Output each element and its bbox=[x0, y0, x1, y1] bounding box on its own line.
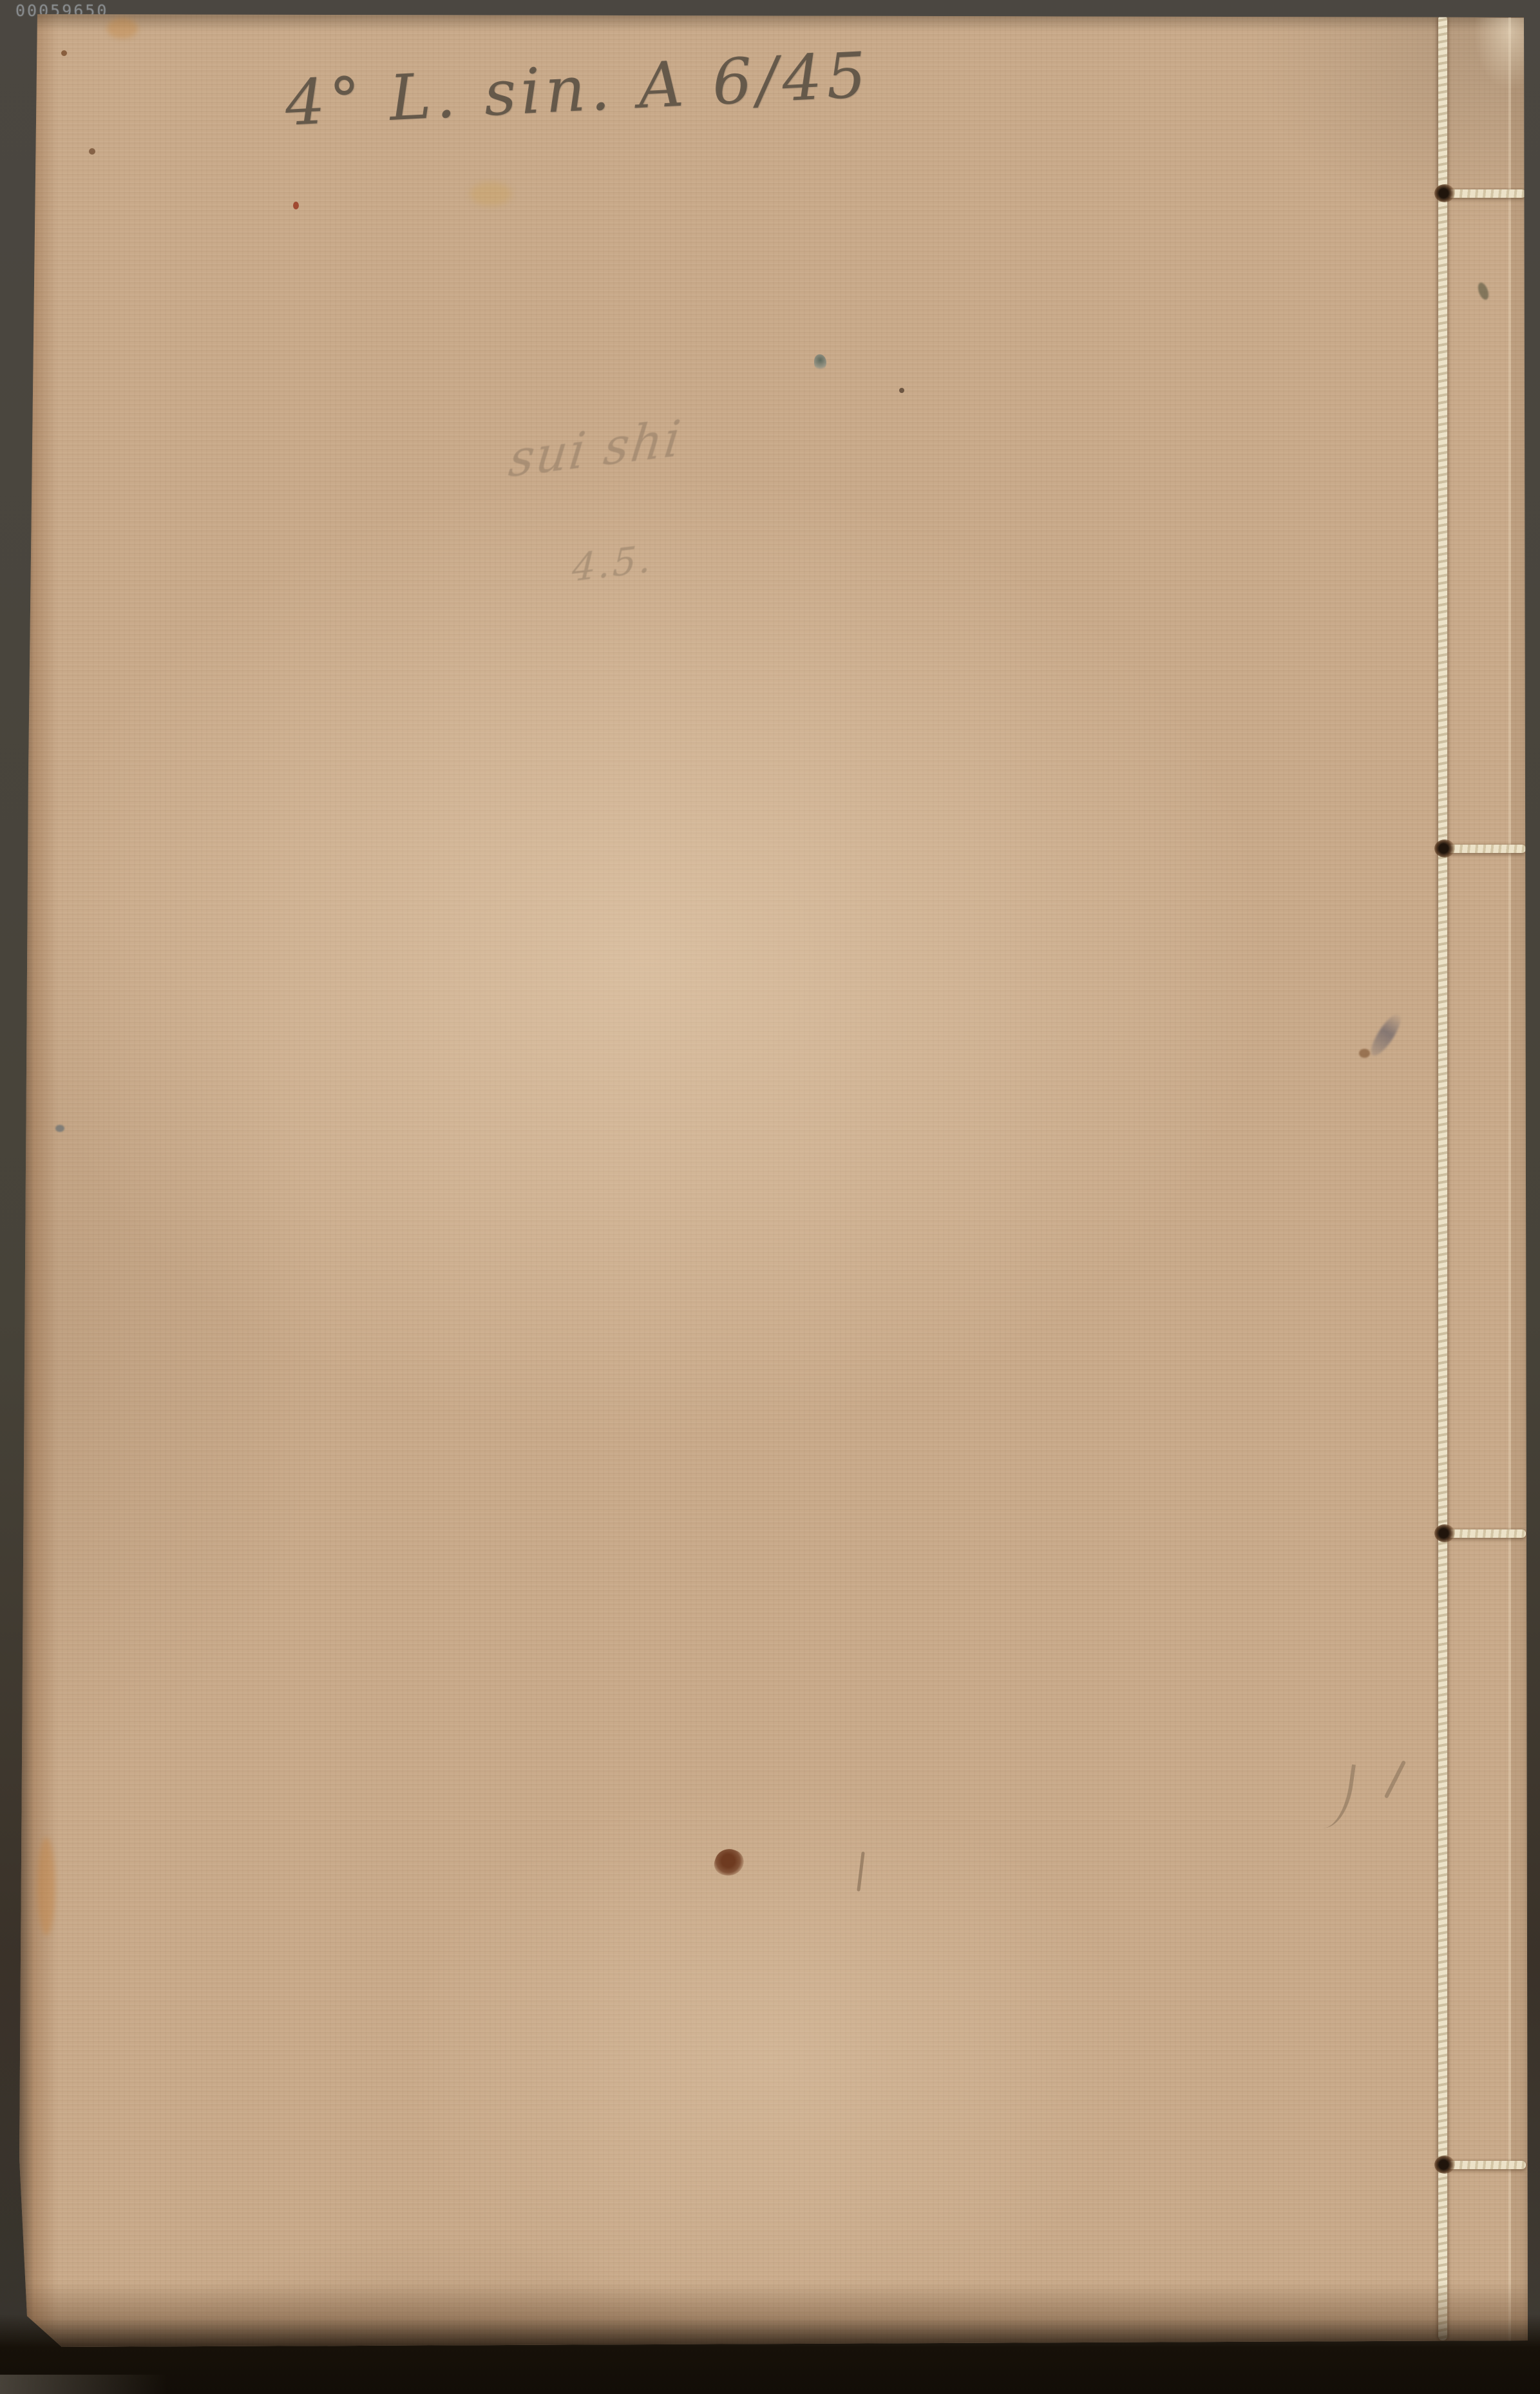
stain-orange-left-edge bbox=[37, 1837, 55, 1935]
pencil-note-title: sui shi bbox=[506, 409, 685, 489]
cover-top-edge-shadow bbox=[17, 13, 1529, 31]
book-cover: 4° L. sin. A 6/45 sui shi 4.5. bbox=[0, 0, 1540, 2394]
red-ink-dot bbox=[293, 202, 299, 209]
faint-pencil-stroke bbox=[857, 1852, 865, 1891]
binding-hole bbox=[1434, 1524, 1455, 1542]
stain-orange-top bbox=[107, 18, 138, 39]
ink-smudge bbox=[1366, 1010, 1406, 1060]
paper-speck bbox=[61, 50, 67, 56]
binding-hole bbox=[1434, 2156, 1455, 2174]
blue-speck bbox=[55, 1125, 64, 1132]
paper-speck bbox=[89, 148, 95, 155]
binding-hole bbox=[1434, 184, 1455, 202]
binding-stitch-horizontal bbox=[1447, 189, 1526, 198]
faint-pencil-stroke bbox=[1320, 1761, 1356, 1832]
binding-thread-vertical bbox=[1438, 15, 1447, 2341]
scanner-bed-glint bbox=[0, 2375, 167, 2394]
teal-speck bbox=[814, 354, 826, 370]
paper-speck bbox=[1476, 281, 1491, 301]
cover-fold-crease bbox=[1508, 15, 1529, 2342]
cover-corner-wear bbox=[1474, 18, 1525, 90]
scan-background: 00059650 4° L. sin. A 6/45 sui shi 4.5. bbox=[0, 0, 1540, 2394]
paper-speck bbox=[899, 388, 904, 393]
binding-hole bbox=[1434, 839, 1455, 857]
shelfmark-inscription: 4° L. sin. A 6/45 bbox=[283, 39, 872, 140]
binding-stitch-horizontal bbox=[1447, 845, 1526, 853]
pencil-note-number: 4.5. bbox=[571, 536, 654, 590]
ink-blot bbox=[712, 1845, 747, 1880]
cover-left-edge-shadow bbox=[17, 13, 58, 2348]
faint-pencil-stroke bbox=[1384, 1760, 1406, 1799]
stain-yellow bbox=[470, 182, 511, 206]
cover-bottom-edge-shadow bbox=[17, 2282, 1529, 2348]
binding-stitch-horizontal bbox=[1447, 1529, 1526, 1538]
binding-stitch-horizontal bbox=[1447, 2161, 1526, 2169]
paper-speck bbox=[1359, 1049, 1370, 1058]
